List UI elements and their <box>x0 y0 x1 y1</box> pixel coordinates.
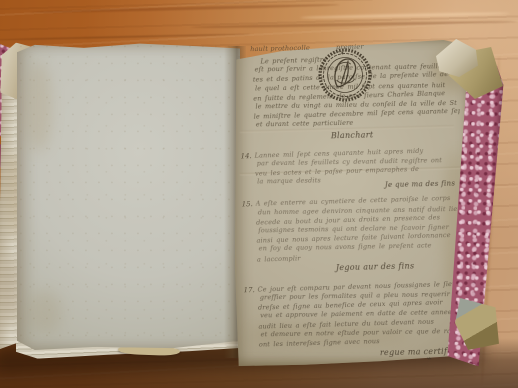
manuscript-paragraph: 17. Ce jour eſt comparu par devant nous … <box>258 280 466 368</box>
margin-act-number: 17. <box>244 286 255 294</box>
margin-act-number: 15. <box>242 201 253 209</box>
manuscript-paragraph: 14. Lannee mil ſept cens quarante huit a… <box>254 146 461 192</box>
header-fragment: hault prothocolle <box>250 44 310 53</box>
manuscript-paragraph: 15. A eſte enterre au cymetiere de cette… <box>256 195 464 274</box>
ink-seal-stamp <box>311 42 380 107</box>
page-stain <box>26 62 52 152</box>
photo-of-open-manuscript: hault prothocolle premier Le preſent reg… <box>0 0 518 388</box>
margin-act-number: 14. <box>240 152 251 160</box>
page-stain <box>28 290 62 334</box>
